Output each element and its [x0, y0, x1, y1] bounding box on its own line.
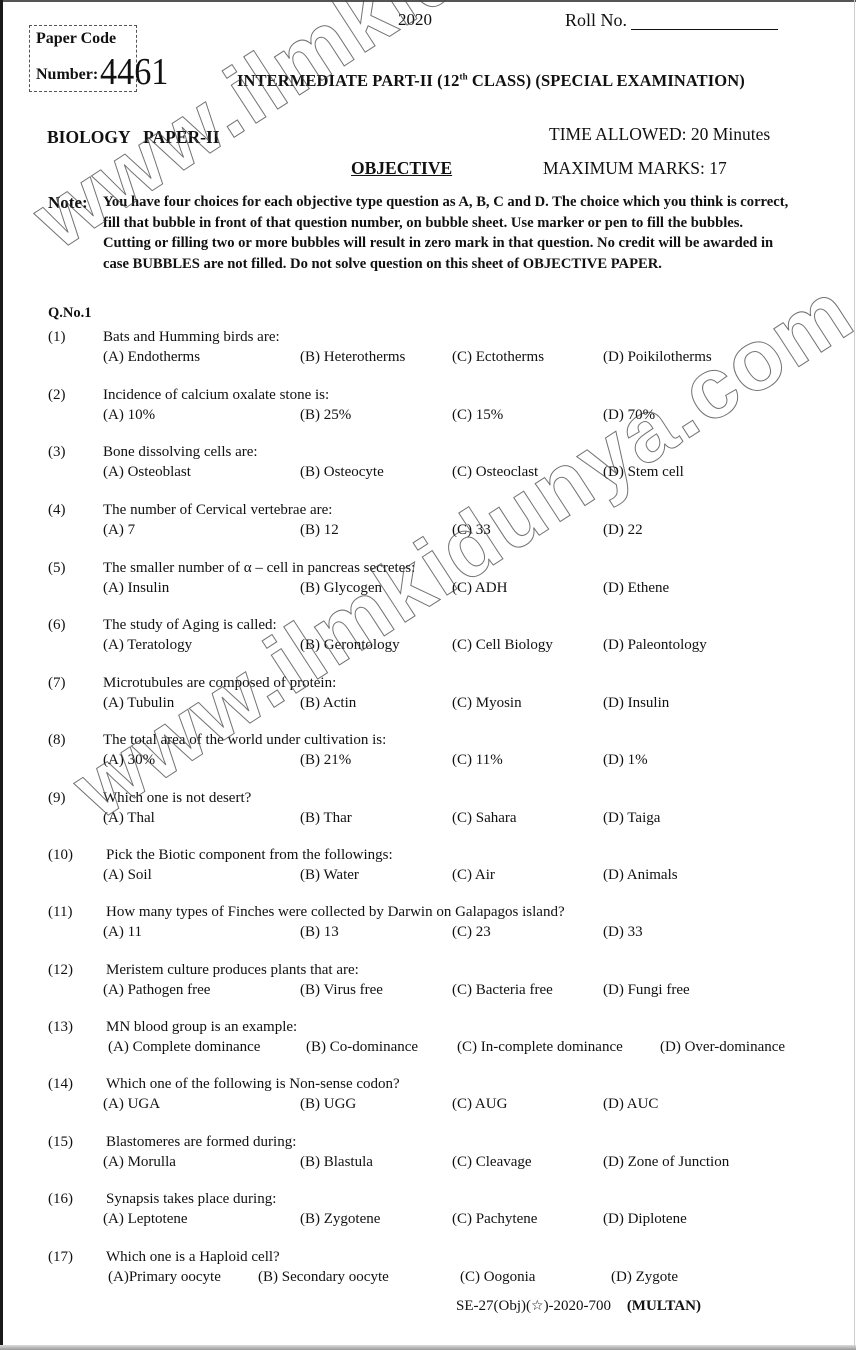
question-text: The number of Cervical vertebrae are: [103, 502, 332, 519]
roll-no-field[interactable] [631, 29, 778, 30]
option-c: (C) 15% [452, 407, 503, 424]
question-text: The total area of the world under cultiv… [103, 732, 386, 749]
option-b: (B) UGG [300, 1096, 356, 1113]
option-c: (C) Osteoclast [452, 464, 538, 481]
option-b: (B) Osteocyte [300, 464, 384, 481]
option-d: (D) Paleontology [603, 637, 707, 654]
option-d: (D) Ethene [603, 580, 669, 597]
option-b: (B) Glycogen [300, 580, 382, 597]
question-number: (13) [48, 1019, 73, 1036]
option-c: (C) 23 [452, 924, 491, 941]
question-text: Synapsis takes place during: [106, 1191, 276, 1208]
option-b: (B) Thar [300, 810, 352, 827]
option-a: (A) UGA [103, 1096, 160, 1113]
exam-title-suffix: CLASS) (SPECIAL EXAMINATION) [468, 71, 745, 90]
question-text: Blastomeres are formed during: [106, 1134, 296, 1151]
question-number: (15) [48, 1134, 73, 1151]
question-text: Which one is not desert? [103, 790, 251, 807]
option-c: (C) In-complete dominance [457, 1039, 623, 1056]
paper-code-label: Paper Code [36, 30, 116, 48]
star-icon: ☆ [531, 1298, 544, 1314]
page-border-top [0, 0, 856, 2]
question-number: (9) [48, 790, 66, 807]
page-border-bottom [0, 1345, 856, 1350]
option-c: (C) Air [452, 867, 495, 884]
question-text: Bone dissolving cells are: [103, 444, 258, 461]
number-label: Number: [36, 66, 98, 84]
option-a: (A) Pathogen free [103, 982, 210, 999]
question-number: (14) [48, 1076, 73, 1093]
section-heading: OBJECTIVE [351, 158, 452, 179]
option-d: (D) Stem cell [603, 464, 684, 481]
option-a: (A) Endotherms [103, 349, 200, 366]
option-d: (D) Taiga [603, 810, 660, 827]
option-a: (A) 10% [103, 407, 155, 424]
option-a: (A) Complete dominance [108, 1039, 260, 1056]
question-text: The study of Aging is called: [103, 617, 277, 634]
option-a: (A) 7 [103, 522, 135, 539]
option-a: (A) 30% [103, 752, 155, 769]
question-number: (8) [48, 732, 66, 749]
question-number: (1) [48, 329, 66, 346]
option-a: (A) Tubulin [103, 695, 174, 712]
question-number: (6) [48, 617, 66, 634]
option-c: (C) Ectotherms [452, 349, 544, 366]
question-text: Which one is a Haploid cell? [106, 1249, 280, 1266]
option-c: (C) Cell Biology [452, 637, 553, 654]
question-text: Bats and Humming birds are: [103, 329, 280, 346]
question-text: Which one of the following is Non-sense … [106, 1076, 400, 1093]
option-b: (B) Co-dominance [306, 1039, 418, 1056]
question-text: Incidence of calcium oxalate stone is: [103, 387, 329, 404]
roll-no-label: Roll No. [565, 10, 627, 31]
option-d: (D) Poikilotherms [603, 349, 712, 366]
question-number: (11) [48, 904, 72, 921]
option-c: (C) ADH [452, 580, 507, 597]
note-text: You have four choices for each objective… [103, 192, 793, 274]
option-a: (A) 11 [103, 924, 142, 941]
option-c: (C) 33 [452, 522, 491, 539]
option-c: (C) Sahara [452, 810, 517, 827]
option-d: (D) Over-dominance [660, 1039, 785, 1056]
exam-year: 2020 [398, 10, 432, 30]
question-number: (5) [48, 560, 66, 577]
question-number: (2) [48, 387, 66, 404]
option-d: (D) AUC [603, 1096, 658, 1113]
option-a: (A) Osteoblast [103, 464, 191, 481]
option-d: (D) 70% [603, 407, 655, 424]
option-d: (D) Animals [603, 867, 678, 884]
question-number: (7) [48, 675, 66, 692]
option-a: (A) Thal [103, 810, 155, 827]
option-b: (B) Secondary oocyte [258, 1269, 389, 1286]
option-d: (D) 22 [603, 522, 643, 539]
question-number: (10) [48, 847, 73, 864]
option-d: (D) Zone of Junction [603, 1154, 729, 1171]
maximum-marks: MAXIMUM MARKS: 17 [543, 158, 727, 179]
question-text: The smaller number of α – cell in pancre… [103, 560, 415, 577]
subject-title: BIOLOGY PAPER-II [47, 127, 220, 148]
option-b: (B) 25% [300, 407, 351, 424]
option-a: (A) Morulla [103, 1154, 176, 1171]
option-d: (D) 33 [603, 924, 643, 941]
question-section-label: Q.No.1 [48, 305, 92, 322]
option-a: (A) Insulin [103, 580, 169, 597]
option-b: (B) Blastula [300, 1154, 373, 1171]
option-b: (B) 13 [300, 924, 339, 941]
question-text: Meristem culture produces plants that ar… [106, 962, 359, 979]
option-a: (A) Leptotene [103, 1211, 188, 1228]
option-c: (C) Myosin [452, 695, 522, 712]
question-number: (12) [48, 962, 73, 979]
question-text: How many types of Finches were collected… [106, 904, 565, 921]
question-number: (16) [48, 1191, 73, 1208]
exam-title: INTERMEDIATE PART-II (12th CLASS) (SPECI… [237, 71, 745, 91]
option-c: (C) AUG [452, 1096, 507, 1113]
question-text: Microtubules are composed of protein: [103, 675, 336, 692]
question-text: Pick the Biotic component from the follo… [106, 847, 393, 864]
option-d: (D) Insulin [603, 695, 669, 712]
option-c: (C) Pachytene [452, 1211, 537, 1228]
footer-code-suffix: )-2020-700 [544, 1298, 612, 1314]
note-label: Note: [48, 193, 88, 213]
time-allowed: TIME ALLOWED: 20 Minutes [549, 124, 770, 145]
option-b: (B) Water [300, 867, 359, 884]
option-b: (B) Heterotherms [300, 349, 405, 366]
option-b: (B) Actin [300, 695, 356, 712]
question-number: (3) [48, 444, 66, 461]
option-b: (B) 21% [300, 752, 351, 769]
option-d: (D) 1% [603, 752, 648, 769]
footer-code-prefix: SE-27(Obj)( [456, 1298, 531, 1314]
option-b: (B) Virus free [300, 982, 383, 999]
paper-code-number: 4461 [100, 50, 168, 94]
exam-title-prefix: INTERMEDIATE PART-II (12 [237, 71, 459, 90]
option-d: (D) Diplotene [603, 1211, 687, 1228]
question-number: (4) [48, 502, 66, 519]
board-name: (MULTAN) [627, 1298, 701, 1314]
option-c: (C) 11% [452, 752, 503, 769]
option-c: (C) Cleavage [452, 1154, 532, 1171]
option-b: (B) Zygotene [300, 1211, 380, 1228]
option-c: (C) Bacteria free [452, 982, 553, 999]
question-text: MN blood group is an example: [106, 1019, 297, 1036]
option-d: (D) Fungi free [603, 982, 690, 999]
option-a: (A)Primary oocyte [108, 1269, 221, 1286]
option-b: (B) 12 [300, 522, 339, 539]
page-border-left [0, 0, 3, 1350]
option-b: (B) Gerontology [300, 637, 400, 654]
option-a: (A) Soil [103, 867, 152, 884]
option-c: (C) Oogonia [460, 1269, 535, 1286]
paper-code-box: Paper Code Number: 4461 [29, 25, 137, 92]
option-a: (A) Teratology [103, 637, 192, 654]
paper-footer-code: SE-27(Obj)(☆)-2020-700 (MULTAN) [456, 1298, 701, 1315]
page-border-right [854, 0, 855, 1350]
question-number: (17) [48, 1249, 73, 1266]
exam-title-sup: th [459, 72, 467, 82]
option-d: (D) Zygote [611, 1269, 678, 1286]
